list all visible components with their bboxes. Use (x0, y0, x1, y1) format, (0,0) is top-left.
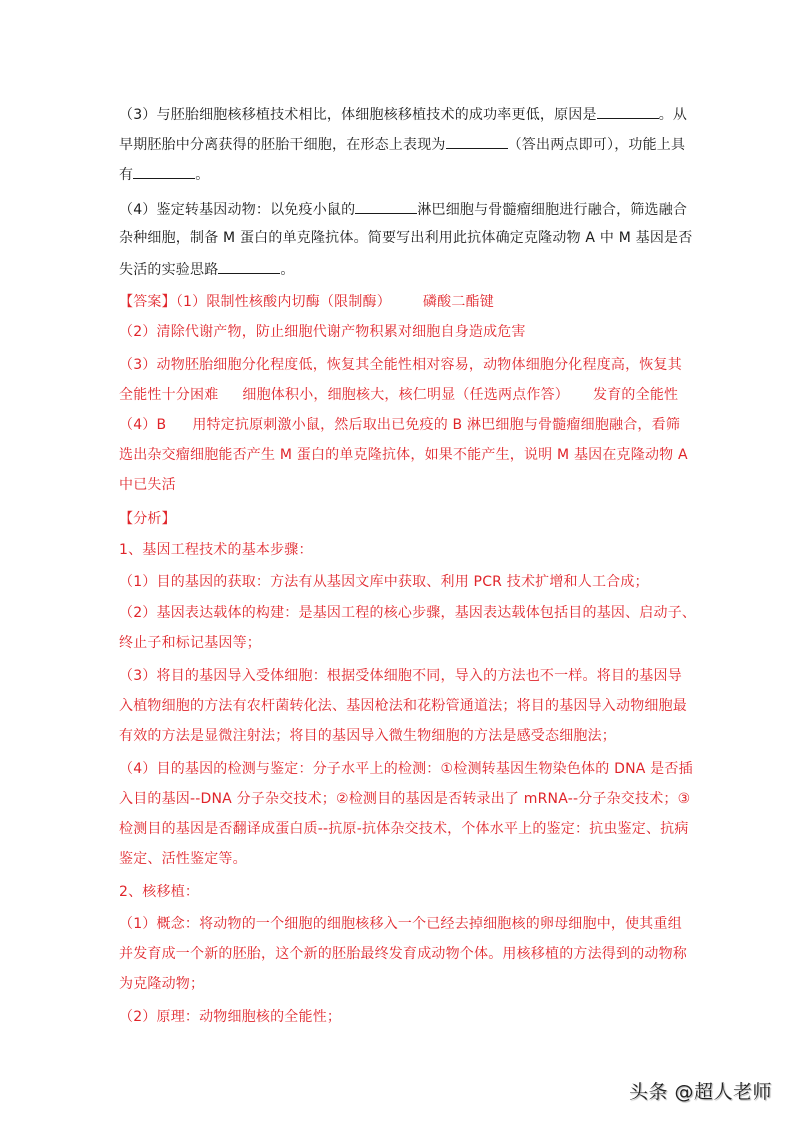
text: 用特定抗原刺激小鼠，然后取出已免疫的 B 淋巴细胞与骨髓瘤细胞融合，看筛 (192, 417, 680, 433)
analysis-line: （4）目的基因的检测与鉴定：分子水平上的检测：①检测转基因生物染色体的 DNA … (119, 760, 693, 778)
text: 细胞体积小，细胞核大，核仁明显（任选两点作答） (242, 387, 569, 403)
analysis-line: 鉴定、活性鉴定等。 (119, 850, 247, 868)
text: 淋巴细胞与骨髓瘤细胞进行融合，筛选融合 (417, 202, 687, 218)
answer-line-7: 中已失活 (119, 476, 176, 494)
text: 。 (195, 167, 209, 183)
analysis-section-1-title: 1、基因工程技术的基本步骤： (119, 541, 313, 559)
answer-blank (597, 104, 659, 119)
analysis-line: （2）基因表达载体的构建：是基因工程的核心步骤，基因表达载体包括目的基因、启动子… (119, 604, 696, 622)
text: （4）鉴定转基因动物：以免疫小鼠的 (119, 202, 355, 218)
answer-line-4: 全能性十分困难细胞体积小，细胞核大，核仁明显（任选两点作答）发育的全能性 (119, 386, 678, 404)
question-4-line-3: 失活的实验思路。 (119, 259, 295, 279)
analysis-line: （1）目的基因的获取：方法有从基因文库中获取、利用 PCR 技术扩增和人工合成； (119, 573, 649, 591)
answer-blank (133, 164, 195, 179)
answer-blank (355, 199, 417, 214)
answer-line-5: （4）B用特定抗原刺激小鼠，然后取出已免疫的 B 淋巴细胞与骨髓瘤细胞融合，看筛 (119, 416, 680, 434)
answer-line-2: （2）清除代谢产物，防止细胞代谢产物积累对细胞自身造成危害 (119, 323, 526, 341)
analysis-line: 为克隆动物； (119, 975, 204, 993)
analysis-line: 终止子和标记基因等； (119, 634, 261, 652)
analysis-label: 【分析】 (119, 510, 176, 528)
answer-line-3: （3）动物胚胎细胞分化程度低，恢复其全能性相对容易，动物体细胞分化程度高，恢复其 (119, 356, 682, 374)
text: 全能性十分困难 (119, 387, 218, 403)
answer-line-1: 【答案】（1）限制性核酸内切酶（限制酶）磷酸二酯键 (119, 293, 494, 311)
analysis-line: 有效的方法是显微注射法；将目的基因导入微生物细胞的方法是感受态细胞法； (119, 727, 616, 745)
text: （答出两点即可），功能上具 (508, 137, 686, 153)
question-3-line-2: 早期胚胎中分离获得的胚胎干细胞，在形态上表现为（答出两点即可），功能上具 (119, 134, 685, 154)
analysis-line: 入植物细胞的方法有农杆菌转化法、基因枪法和花粉管通道法；将目的基因导入动物细胞最 (119, 697, 687, 715)
text: 。 (280, 262, 294, 278)
analysis-line: 检测目的基因是否翻译成蛋白质--抗原-抗体杂交技术，个体水平上的鉴定：抗虫鉴定、… (119, 820, 689, 838)
question-3-line-3: 有。 (119, 164, 209, 184)
text: 磷酸二酯键 (423, 294, 494, 310)
text: 发育的全能性 (593, 387, 678, 403)
text: 失活的实验思路 (119, 262, 218, 278)
text: （1）限制性核酸内切酶（限制酶） (176, 294, 391, 310)
question-4-line-2: 杂种细胞，制备 M 蛋白的单克隆抗体。简要写出利用此抗体确定克隆动物 A 中 M… (119, 229, 692, 247)
analysis-line: （2）原理：动物细胞核的全能性； (119, 1008, 341, 1026)
answer-line-6: 选出杂交瘤细胞能否产生 M 蛋白的单克隆抗体，如果不能产生，说明 M 基因在克隆… (119, 446, 688, 464)
answer-blank (218, 259, 280, 274)
question-4-line-1: （4）鉴定转基因动物：以免疫小鼠的淋巴细胞与骨髓瘤细胞进行融合，筛选融合 (119, 199, 687, 219)
watermark: 头条 @超人老师 (629, 1077, 772, 1104)
text: （3）与胚胎细胞核移植技术相比，体细胞核移植技术的成功率更低，原因是 (119, 107, 597, 123)
text: 有 (119, 167, 133, 183)
analysis-line: 并发育成一个新的胚胎，这个新的胚胎最终发育成动物个体。用核移植的方法得到的动物称 (119, 945, 687, 963)
analysis-section-2-title: 2、核移植： (119, 883, 199, 901)
question-3-line-1: （3）与胚胎细胞核移植技术相比，体细胞核移植技术的成功率更低，原因是。从 (119, 104, 687, 124)
text: （4）B (119, 417, 166, 433)
analysis-line: （1）概念：将动物的一个细胞的细胞核移入一个已经去掉细胞核的卵母细胞中，使其重组 (119, 915, 682, 933)
analysis-line: 入目的基因--DNA 分子杂交技术；②检测目的基因是否转录出了 mRNA--分子… (119, 790, 690, 808)
answer-label: 【答案】 (119, 294, 176, 310)
text: 。从 (659, 107, 687, 123)
text: 早期胚胎中分离获得的胚胎干细胞，在形态上表现为 (119, 137, 446, 153)
answer-blank (446, 134, 508, 149)
analysis-line: （3）将目的基因导入受体细胞：根据受体细胞不同，导入的方法也不一样。将目的基因导 (119, 667, 682, 685)
